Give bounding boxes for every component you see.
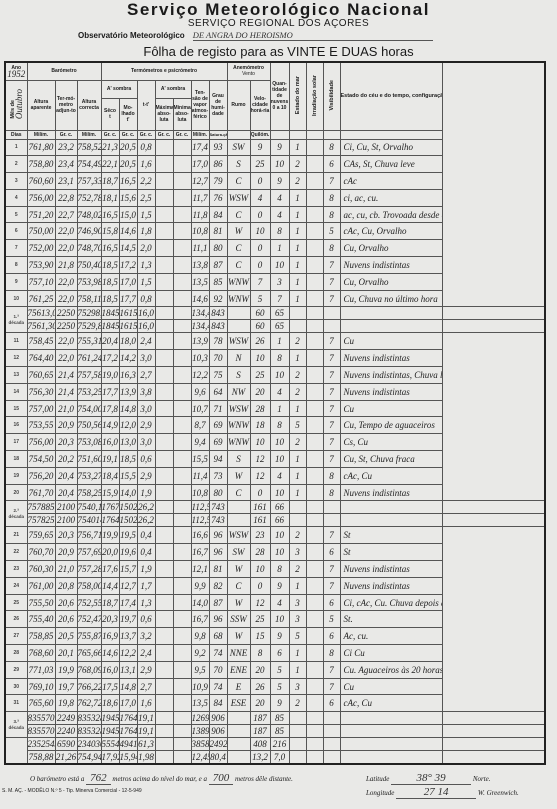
cell-cloud: 1: [270, 240, 289, 257]
cell-app: 764,40: [27, 350, 55, 367]
day-number: 27: [5, 628, 27, 645]
cell-min: [173, 400, 191, 417]
table-row: 11758,4522,0755,3120,418,02,413,978WSW26…: [5, 333, 545, 350]
cell-app: 756,20: [27, 467, 55, 484]
cell-vis: 7: [323, 273, 340, 290]
shade-group-2: A' sombra: [155, 80, 191, 98]
cell-att: 20,8: [55, 577, 77, 594]
cell-app: 760,70: [27, 544, 55, 561]
cell-dir: SSW: [227, 611, 250, 628]
cell-dry: 18,4: [101, 467, 119, 484]
cell-wet: 19,6: [119, 544, 137, 561]
barometer-height: 762: [86, 772, 111, 785]
cell-diff: 3,2: [137, 628, 155, 645]
cell-solar: [306, 434, 323, 451]
cell-hum: 96: [209, 544, 227, 561]
cell-solar: [306, 333, 323, 350]
sum-cell: 112,5: [191, 501, 209, 514]
sum-cell: 1945: [101, 712, 119, 725]
cell-dir: NW: [227, 383, 250, 400]
cell-sea: 1: [289, 206, 306, 223]
totals-row: 2352545659023403095554494161,33858249240…: [5, 738, 545, 751]
cell-diff: 2,9: [137, 661, 155, 678]
empty-cell: [340, 751, 443, 765]
cell-sea: 1: [289, 451, 306, 468]
cell-cloud: 1: [270, 333, 289, 350]
cell-dir: WSW: [227, 400, 250, 417]
cell-dry: 17,7: [101, 383, 119, 400]
cell-sea: 1: [289, 350, 306, 367]
empty-cell: [340, 738, 443, 751]
col-min: Mínima abso-luta: [173, 98, 191, 130]
cell-solar: [306, 611, 323, 628]
cell-app: 753,90: [27, 257, 55, 274]
cell-vap: 9,2: [191, 645, 209, 662]
cell-vis: 6: [323, 544, 340, 561]
sum-cell: 161: [250, 514, 270, 527]
cell-hum: 81: [209, 561, 227, 578]
table-body: 1761,8023,2758,5221,320,50,817,493SW9918…: [5, 139, 545, 764]
sum-cell: 2250: [55, 307, 77, 320]
sum-cell: 1502: [119, 514, 137, 527]
cell-wet: 12,7: [119, 577, 137, 594]
cell-max: [155, 400, 173, 417]
cell-min: [173, 594, 191, 611]
weather-description: cAc, Cu: [340, 467, 443, 484]
cell-dry: 18,1: [101, 189, 119, 206]
cell-max: [155, 645, 173, 662]
weather-description: Ci, Cu, St, Orvalho: [340, 139, 443, 156]
empty-cell: [323, 501, 340, 514]
cell-att: 21,0: [55, 400, 77, 417]
cell-hum: 74: [209, 678, 227, 695]
cell-sea: 2: [289, 561, 306, 578]
cell-cloud: 9: [270, 577, 289, 594]
cell-max: [155, 206, 173, 223]
cell-dir: W: [227, 594, 250, 611]
cell-spd: 0: [250, 206, 270, 223]
empty-cell: [340, 514, 443, 527]
barometer-distance: 700: [209, 772, 234, 785]
cell-hum: 73: [209, 467, 227, 484]
cell-hum: 92: [209, 290, 227, 307]
barometer-note: O barómetro está a 762 metros acima do n…: [30, 772, 293, 784]
cell-dry: 18,7: [101, 594, 119, 611]
cell-cor: 753,08: [77, 434, 101, 451]
cell-cor: 757,33: [77, 173, 101, 190]
cell-min: [173, 189, 191, 206]
cell-cloud: 6: [270, 645, 289, 662]
shade-group-1: A' sombra: [101, 80, 137, 98]
cell-app: 760,65: [27, 367, 55, 384]
cell-diff: 1,9: [137, 484, 155, 501]
sum-cell: 7,0: [270, 751, 289, 765]
cell-cloud: 9: [270, 173, 289, 190]
empty-cell: [323, 712, 340, 725]
table-row: 6750,0022,0746,9015,814,61,810,881W10815…: [5, 223, 545, 240]
cell-dir: E: [227, 678, 250, 695]
cell-min: [173, 173, 191, 190]
cell-max: [155, 451, 173, 468]
cell-app: 761,70: [27, 484, 55, 501]
cell-max: [155, 383, 173, 400]
table-row: 3760,6023,1757,3318,716,52,212,779C0927c…: [5, 173, 545, 190]
cell-spd: 0: [250, 240, 270, 257]
cell-diff: 2,4: [137, 333, 155, 350]
cell-max: [155, 273, 173, 290]
empty-cell: [306, 725, 323, 738]
cell-vap: 14,0: [191, 594, 209, 611]
weather-description: Ac, cu.: [340, 628, 443, 645]
empty-cell: [323, 751, 340, 765]
sum-cell: 85: [270, 725, 289, 738]
cell-att: 21,4: [55, 383, 77, 400]
empty-cell: [340, 501, 443, 514]
cell-solar: [306, 594, 323, 611]
cell-hum: 78: [209, 333, 227, 350]
sum-cell: 26,2: [137, 514, 155, 527]
empty-cell: [306, 712, 323, 725]
cell-vap: 16,6: [191, 527, 209, 544]
cell-min: [173, 383, 191, 400]
empty-cell: [289, 725, 306, 738]
col-max: Máxima abso-luta: [155, 98, 173, 130]
sum-cell: 4941: [119, 738, 137, 751]
sum-cell: [227, 751, 250, 765]
sum-cell: 1,98: [137, 751, 155, 765]
table-row: 15757,0021,0754,0017,814,83,010,771WSW28…: [5, 400, 545, 417]
cell-dir: WNW: [227, 417, 250, 434]
cell-cor: 762,72: [77, 695, 101, 712]
sum-cell: [227, 320, 250, 333]
table-row: 29771,0319,9768,0916,013,12,99,570ENE205…: [5, 661, 545, 678]
cell-wet: 12,2: [119, 645, 137, 662]
weather-description: Nuvens indistintas: [340, 561, 443, 578]
sum-cell: 17,92: [101, 751, 119, 765]
sum-cell: 1845: [101, 307, 119, 320]
cell-cloud: 10: [270, 451, 289, 468]
cell-dry: 14,9: [101, 417, 119, 434]
cell-wet: 19,5: [119, 527, 137, 544]
cell-att: 21,8: [55, 257, 77, 274]
table-row: 28768,6020,1765,6614,612,22,49,274NNE861…: [5, 645, 545, 662]
cell-max: [155, 514, 173, 527]
cell-spd: 26: [250, 333, 270, 350]
cell-diff: 2,5: [137, 189, 155, 206]
day-number: 9: [5, 273, 27, 290]
sum-cell: 843: [209, 320, 227, 333]
cell-max: [155, 527, 173, 544]
day-number: 1: [5, 139, 27, 156]
cell-diff: 3,0: [137, 400, 155, 417]
weather-description: ac, cu, cb. Trovoada desde as 18h. Tempo…: [340, 206, 443, 223]
cell-app: 750,00: [27, 223, 55, 240]
table-row: 12764,4022,0761,2417,214,23,010,370N1081…: [5, 350, 545, 367]
cell-max: [155, 156, 173, 173]
cell-hum: 70: [209, 661, 227, 678]
cell-wet: 13,9: [119, 383, 137, 400]
cell-vis: 8: [323, 484, 340, 501]
cell-hum: 84: [209, 206, 227, 223]
cell-dir: C: [227, 206, 250, 223]
cell-dry: 21,3: [101, 139, 119, 156]
cell-app: 758,45: [27, 333, 55, 350]
cell-vis: 7: [323, 350, 340, 367]
cell-vis: 7: [323, 257, 340, 274]
cell-cloud: 10: [270, 611, 289, 628]
cell-solar: [306, 577, 323, 594]
cell-app: 755,40: [27, 611, 55, 628]
cell-min: [173, 273, 191, 290]
cell-att: 20,6: [55, 611, 77, 628]
cell-dry: 17,8: [101, 400, 119, 417]
cell-cloud: 10: [270, 156, 289, 173]
cell-cor: 766,22: [77, 678, 101, 695]
cell-min: [173, 544, 191, 561]
cell-hum: 80: [209, 484, 227, 501]
cell-wet: 14,8: [119, 678, 137, 695]
cell-solar: [306, 695, 323, 712]
table-row: 26755,4020,6752,4720,319,70,616,796SSW25…: [5, 611, 545, 628]
cell-wet: 18,5: [119, 451, 137, 468]
cell-cor: 751,60: [77, 451, 101, 468]
cell-vis: 7: [323, 561, 340, 578]
cell-min: [173, 738, 191, 751]
cell-vis: 8: [323, 240, 340, 257]
cell-cloud: 9: [270, 695, 289, 712]
cell-diff: 1,6: [137, 156, 155, 173]
table-row: 10761,2522,0758,1118,517,70,814,692WNW57…: [5, 290, 545, 307]
cell-solar: [306, 156, 323, 173]
weather-description: [443, 751, 546, 765]
empty-cell: [289, 712, 306, 725]
cell-vis: 7: [323, 290, 340, 307]
cell-spd: 5: [250, 290, 270, 307]
cell-vap: 14,6: [191, 290, 209, 307]
weather-description: Cu, Tempo de aguaceiros: [340, 417, 443, 434]
cell-att: 20,3: [55, 434, 77, 451]
cell-cor: 750,56: [77, 417, 101, 434]
cell-hum: 81: [209, 223, 227, 240]
day-number: 14: [5, 383, 27, 400]
cell-vap: 10,9: [191, 678, 209, 695]
cell-diff: 1,8: [137, 223, 155, 240]
weather-description: [443, 501, 546, 514]
empty-cell: [306, 751, 323, 765]
cell-app: 769,10: [27, 678, 55, 695]
cell-vis: 7: [323, 400, 340, 417]
cell-dry: 17,2: [101, 350, 119, 367]
cell-min: [173, 725, 191, 738]
col-apparent-height: Altura aparente: [27, 80, 55, 130]
sum-cell: 906: [209, 725, 227, 738]
sum-cell: 2250: [55, 320, 77, 333]
cell-max: [155, 320, 173, 333]
table-row: 24761,0020,8758,0014,412,71,79,982C0917N…: [5, 577, 545, 594]
empty-cell: [289, 320, 306, 333]
cell-cloud: 7: [270, 290, 289, 307]
cell-max: [155, 577, 173, 594]
cell-spd: 25: [250, 611, 270, 628]
day-number: 26: [5, 611, 27, 628]
decade-row: 7561,3022507529,891845161516,0134,484360…: [5, 320, 545, 333]
cell-max: [155, 467, 173, 484]
cell-app: 752,00: [27, 240, 55, 257]
cell-cor: 757,58: [77, 367, 101, 384]
empty-cell: [306, 307, 323, 320]
day-number: 10: [5, 290, 27, 307]
cell-vis: 7: [323, 527, 340, 544]
cell-vap: 13,8: [191, 257, 209, 274]
cell-spd: 0: [250, 484, 270, 501]
empty-cell: [340, 712, 443, 725]
weather-description: Nuvens indistintas: [340, 350, 443, 367]
cell-cloud: 8: [270, 561, 289, 578]
cell-solar: [306, 678, 323, 695]
cell-dry: 19,9: [101, 527, 119, 544]
sum-cell: 61,3: [137, 738, 155, 751]
cell-diff: 1,5: [137, 206, 155, 223]
table-row: 25755,5020,6752,5518,717,41,314,087W1243…: [5, 594, 545, 611]
cell-att: 22,8: [55, 189, 77, 206]
sum-cell: [227, 738, 250, 751]
cell-spd: 12: [250, 467, 270, 484]
cell-solar: [306, 645, 323, 662]
sum-cell: 1269: [191, 712, 209, 725]
cell-vis: 7: [323, 367, 340, 384]
cell-wet: 14,8: [119, 400, 137, 417]
cell-cloud: 1: [270, 400, 289, 417]
cell-cloud: 10: [270, 257, 289, 274]
cell-cloud: 4: [270, 189, 289, 206]
cell-min: [173, 417, 191, 434]
weather-description: St: [340, 544, 443, 561]
day-number: 19: [5, 467, 27, 484]
cell-vap: 11,1: [191, 240, 209, 257]
sum-cell: 161: [250, 501, 270, 514]
cell-vis: 6: [323, 695, 340, 712]
empty-cell: [289, 514, 306, 527]
sum-cell: 19,1: [137, 712, 155, 725]
cell-sea: 2: [289, 383, 306, 400]
col-sea-state: Estado do mar: [289, 62, 306, 130]
cell-solar: [306, 561, 323, 578]
cell-spd: 20: [250, 383, 270, 400]
cell-vap: 10,7: [191, 400, 209, 417]
cell-wet: 13,0: [119, 434, 137, 451]
sum-cell: 757825: [27, 514, 55, 527]
empty-cell: [306, 501, 323, 514]
cell-diff: 0,8: [137, 290, 155, 307]
cell-solar: [306, 417, 323, 434]
cell-min: [173, 501, 191, 514]
day-number: 24: [5, 577, 27, 594]
weather-description: [443, 725, 546, 738]
cell-cloud: 3: [270, 273, 289, 290]
sum-cell: [227, 501, 250, 514]
table-row: 8753,9021,8750,4018,517,21,313,887C01017…: [5, 257, 545, 274]
cell-dry: 22,1: [101, 156, 119, 173]
cell-cor: 752,78: [77, 189, 101, 206]
day-number: 21: [5, 527, 27, 544]
table-row: 22760,7020,9757,6920,019,60,416,796SW281…: [5, 544, 545, 561]
cell-dir: W: [227, 467, 250, 484]
cell-app: 758,85: [27, 628, 55, 645]
cell-cloud: 8: [270, 417, 289, 434]
cell-diff: 1,3: [137, 257, 155, 274]
cell-sea: 2: [289, 527, 306, 544]
cell-diff: 2,0: [137, 240, 155, 257]
cell-min: [173, 307, 191, 320]
cell-wet: 17,7: [119, 290, 137, 307]
empty-cell: [323, 725, 340, 738]
decade-row: 75782521007540141764150226,2112,57431616…: [5, 514, 545, 527]
cell-min: [173, 320, 191, 333]
table-row: 2758,8023,4754,4922,120,51,617,086S25102…: [5, 156, 545, 173]
table-row: 13760,6521,4757,5819,016,32,712,275S2510…: [5, 367, 545, 384]
cell-min: [173, 611, 191, 628]
sum-cell: 66: [270, 501, 289, 514]
cell-att: 22,0: [55, 273, 77, 290]
sum-cell: 112,5: [191, 514, 209, 527]
cell-dir: S: [227, 451, 250, 468]
cell-vap: 9,6: [191, 383, 209, 400]
cell-hum: 69: [209, 417, 227, 434]
cell-solar: [306, 290, 323, 307]
thermometers-group: Termómetros e psicrómetro: [101, 62, 227, 80]
sum-cell: 2249: [55, 712, 77, 725]
sum-cell: 835328: [77, 712, 101, 725]
decade-row: 3.ª década83557022498353281945176419,112…: [5, 712, 545, 725]
cell-max: [155, 333, 173, 350]
cell-dry: 20,4: [101, 333, 119, 350]
cell-max: [155, 350, 173, 367]
weather-description: St.: [340, 611, 443, 628]
sum-cell: 12,45: [191, 751, 209, 765]
sum-cell: 60: [250, 320, 270, 333]
cell-diff: 1,5: [137, 273, 155, 290]
sum-cell: 65: [270, 307, 289, 320]
cell-dir: WSW: [227, 189, 250, 206]
sum-cell: 1389: [191, 725, 209, 738]
cell-min: [173, 628, 191, 645]
sum-cell: 13,2: [250, 751, 270, 765]
cell-vis: 5: [323, 611, 340, 628]
weather-description: [443, 738, 546, 751]
cell-dir: SW: [227, 544, 250, 561]
sum-cell: 65: [270, 320, 289, 333]
cell-sea: 2: [289, 156, 306, 173]
cell-dir: SW: [227, 139, 250, 156]
cell-wet: 15,5: [119, 467, 137, 484]
sum-cell: 16,0: [137, 320, 155, 333]
cell-solar: [306, 206, 323, 223]
cell-solar: [306, 451, 323, 468]
cell-min: [173, 139, 191, 156]
cell-vis: 6: [323, 628, 340, 645]
cell-hum: 82: [209, 577, 227, 594]
sum-cell: 754014: [77, 514, 101, 527]
cell-hum: 71: [209, 400, 227, 417]
sum-cell: 7561,30: [27, 320, 55, 333]
weather-description: Cu, St, Chuva fraca: [340, 451, 443, 468]
weather-description: cAc, Cu: [340, 695, 443, 712]
cell-cor: 752,47: [77, 611, 101, 628]
cell-max: [155, 561, 173, 578]
cell-wet: 15,0: [119, 206, 137, 223]
day-number: 12: [5, 350, 27, 367]
cell-solar: [306, 139, 323, 156]
